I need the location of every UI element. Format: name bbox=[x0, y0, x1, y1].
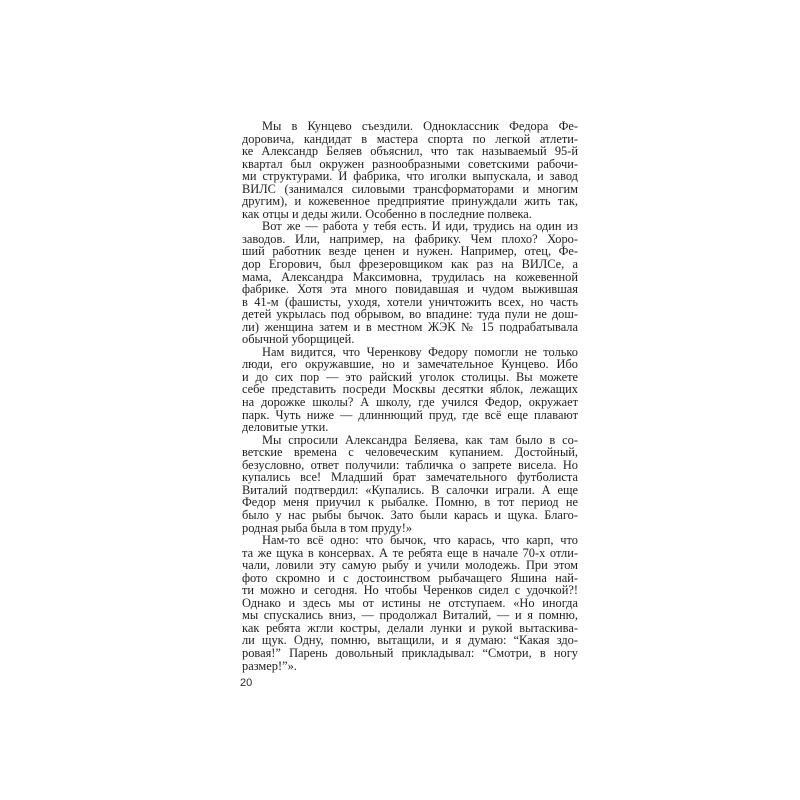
body-text: Мы в Кунцево съездили. Одноклассник Федо… bbox=[242, 120, 578, 672]
text-line: размер!”». bbox=[242, 660, 578, 673]
paragraph-1: Мы в Кунцево съездили. Одноклассник Федо… bbox=[242, 120, 578, 220]
text-line: ветские времена с человеческим купанием.… bbox=[242, 446, 578, 459]
text-line: на дорожке школы? А школу, где учился Фе… bbox=[242, 396, 578, 409]
text-line: ровая!” Парень довольный прикладывал: “С… bbox=[242, 647, 578, 660]
text-line: ми структурами. И фабрика, что иголки вы… bbox=[242, 170, 578, 183]
text-line: Нам-то всё одно: что бычок, что карась, … bbox=[242, 534, 578, 547]
paragraph-3: Нам видится, что Черенкову Федору помогл… bbox=[242, 346, 578, 434]
text-line: дор Егорович, был фрезеровщиком как раз … bbox=[242, 258, 578, 271]
text-line: было у нас рыбы бычок. Зато были карась … bbox=[242, 509, 578, 522]
text-line: детей укрылась под обрывом, во впадине: … bbox=[242, 308, 578, 321]
text-line: купались все! Младший брат замечательног… bbox=[242, 471, 578, 484]
text-line: ти можно и сегодня. Но чтобы Черенков си… bbox=[242, 584, 578, 597]
text-line: ке Александр Беляев объяснил, что так на… bbox=[242, 145, 578, 158]
text-line: деловитые утки. bbox=[242, 421, 578, 434]
paragraph-2: Вот же — работа у тебя есть. И иди, труд… bbox=[242, 220, 578, 345]
text-line: мы спускались вниз, — продолжал Виталий,… bbox=[242, 609, 578, 622]
paragraph-4: Мы спросили Александра Беляева, как там … bbox=[242, 434, 578, 534]
text-line: фабрике. Хотя эта много повидавшая и чуд… bbox=[242, 283, 578, 296]
page-number: 20 bbox=[240, 677, 252, 689]
text-line: Мы в Кунцево съездили. Одноклассник Федо… bbox=[242, 120, 578, 133]
text-line: чали, ловили эту самую рыбу и учили моло… bbox=[242, 559, 578, 572]
text-line: другим), и кожевенное предприятие принуж… bbox=[242, 195, 578, 208]
book-page: Мы в Кунцево съездили. Одноклассник Федо… bbox=[0, 0, 800, 800]
paragraph-5: Нам-то всё одно: что бычок, что карась, … bbox=[242, 534, 578, 672]
text-line: обычной уборщицей. bbox=[242, 333, 578, 346]
